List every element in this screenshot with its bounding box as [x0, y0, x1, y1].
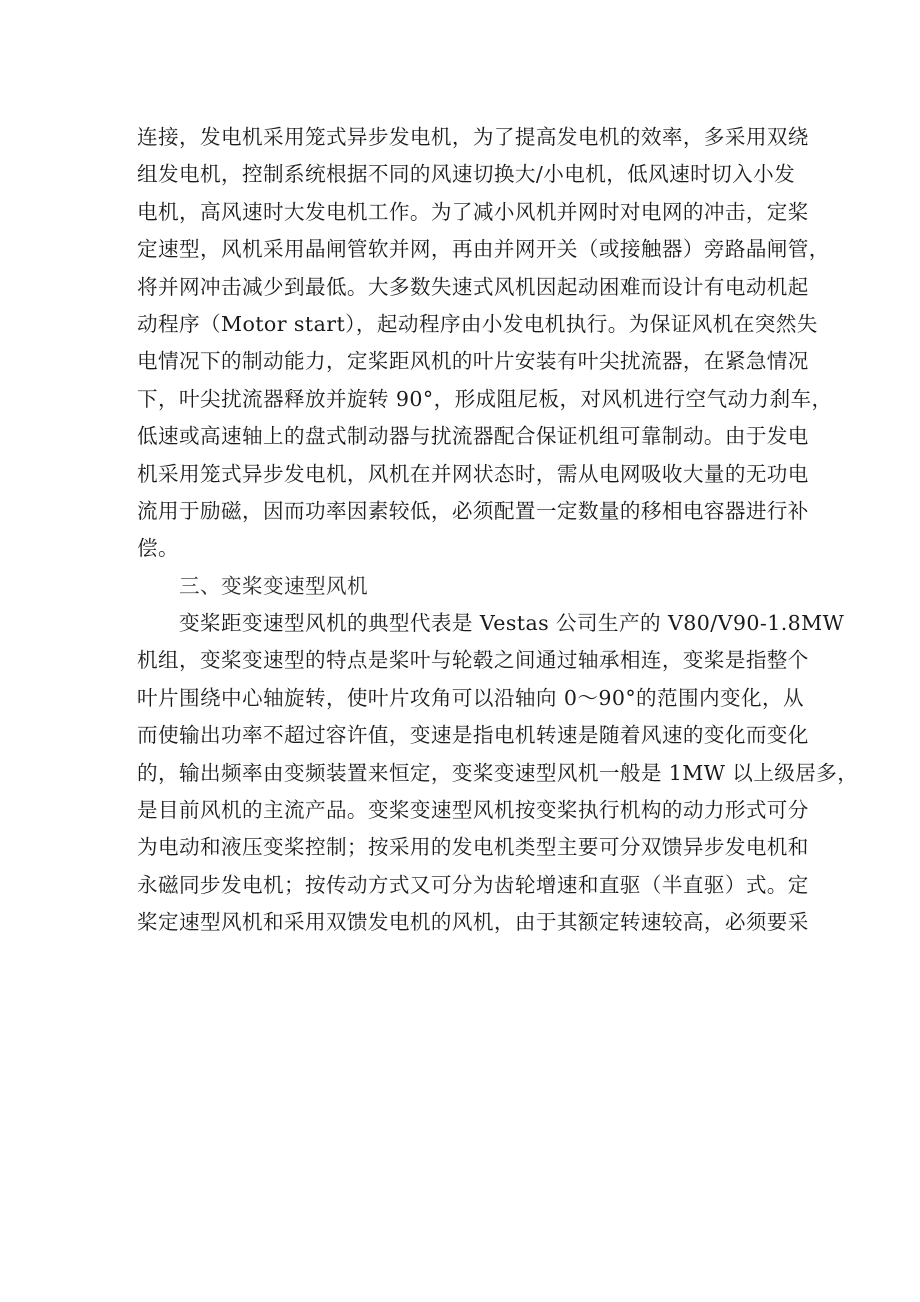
text-line: 连接，发电机采用笼式异步发电机，为了提高发电机的效率，多采用双绕 — [137, 119, 783, 156]
paragraph-fixed-speed-continued: 连接，发电机采用笼式异步发电机，为了提高发电机的效率，多采用双绕 组发电机，控制… — [137, 119, 783, 568]
text-line: 为电动和液压变桨控制；按采用的发电机类型主要可分双馈异步发电机和 — [137, 829, 783, 866]
text-line: 动程序（Motor start），起动程序由小发电机执行。为保证风机在突然失 — [137, 306, 783, 343]
section-heading: 三、变桨变速型风机 — [137, 568, 783, 605]
text-line: 变桨距变速型风机的典型代表是 Vestas 公司生产的 V80/V90-1.8M… — [137, 605, 783, 642]
text-line: 低速或高速轴上的盘式制动器与扰流器配合保证机组可靠制动。由于发电 — [137, 418, 783, 455]
paragraph-variable-pitch: 变桨距变速型风机的典型代表是 Vestas 公司生产的 V80/V90-1.8M… — [137, 605, 783, 942]
text-line: 偿。 — [137, 530, 783, 567]
text-line: 是目前风机的主流产品。变桨变速型风机按变桨执行机构的动力形式可分 — [137, 792, 783, 829]
text-line: 的，输出频率由变频装置来恒定，变桨变速型风机一般是 1MW 以上级居多， — [137, 755, 783, 792]
text-line: 组发电机，控制系统根据不同的风速切换大/小电机，低风速时切入小发 — [137, 156, 783, 193]
text-line: 而使输出功率不超过容许值，变速是指电机转速是随着风速的变化而变化 — [137, 717, 783, 754]
section-heading-text: 三、变桨变速型风机 — [137, 568, 783, 605]
text-line: 将并网冲击减少到最低。大多数失速式风机因起动困难而设计有电动机起 — [137, 269, 783, 306]
text-line: 机采用笼式异步发电机，风机在并网状态时，需从电网吸收大量的无功电 — [137, 456, 783, 493]
text-line: 下，叶尖扰流器释放并旋转 90°，形成阻尼板，对风机进行空气动力刹车， — [137, 381, 783, 418]
text-line: 电情况下的制动能力，定桨距风机的叶片安装有叶尖扰流器，在紧急情况 — [137, 343, 783, 380]
document-page: 连接，发电机采用笼式异步发电机，为了提高发电机的效率，多采用双绕 组发电机，控制… — [137, 119, 783, 942]
text-line: 机组，变桨变速型的特点是桨叶与轮毂之间通过轴承相连，变桨是指整个 — [137, 642, 783, 679]
text-line: 定速型，风机采用晶闸管软并网，再由并网开关（或接触器）旁路晶闸管， — [137, 231, 783, 268]
text-line: 流用于励磁，因而功率因素较低，必须配置一定数量的移相电容器进行补 — [137, 493, 783, 530]
text-line: 永磁同步发电机；按传动方式又可分为齿轮增速和直驱（半直驱）式。定 — [137, 867, 783, 904]
text-line: 叶片围绕中心轴旋转，使叶片攻角可以沿轴向 0～90°的范围内变化，从 — [137, 680, 783, 717]
text-line: 电机，高风速时大发电机工作。为了减小风机并网时对电网的冲击，定桨 — [137, 194, 783, 231]
text-line: 桨定速型风机和采用双馈发电机的风机，由于其额定转速较高，必须要采 — [137, 904, 783, 941]
